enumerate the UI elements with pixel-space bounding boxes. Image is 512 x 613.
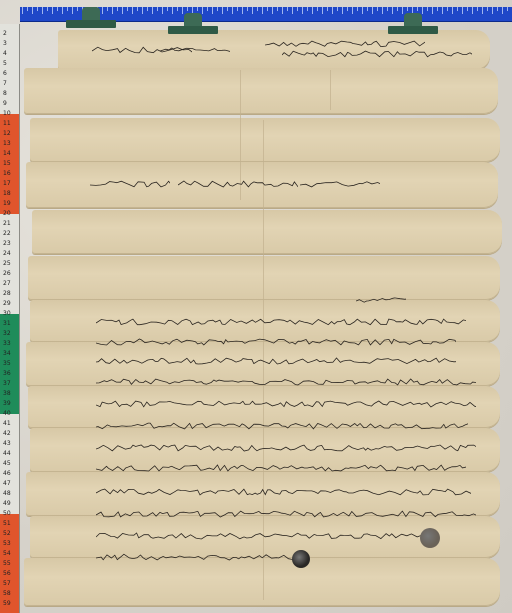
ruler-label: 4 [3,51,7,57]
ruler-label: 19 [3,201,11,207]
ruler-label: 7 [3,81,7,87]
ruler-label: 23 [3,241,11,247]
manuscript-fold-strip [24,68,498,114]
ruler-label: 15 [3,161,11,167]
ruler-label: 35 [3,361,11,367]
ruler-label: 6 [3,71,7,77]
ruler-label: 50 [3,511,11,517]
ruler-label: 45 [3,461,11,467]
ruler-label: 31 [3,321,11,327]
ruler-label: 54 [3,551,11,557]
ruler-label: 11 [3,121,11,127]
ink-seal-stamp [292,550,310,568]
binder-clip-3 [388,12,438,34]
ruler-label: 12 [3,131,11,137]
ruler-label: 58 [3,591,11,597]
ruler-label: 57 [3,581,11,587]
ruler-label: 22 [3,231,11,237]
ruler-label: 13 [3,141,11,147]
manuscript-fold-strip [28,256,500,300]
ruler-label: 16 [3,171,11,177]
handwritten-script-line [96,532,426,540]
ruler-label: 43 [3,441,11,447]
ruler-label: 14 [3,151,11,157]
handwritten-script-line [300,180,380,188]
ruler-label: 26 [3,271,11,277]
ruler-label: 40 [3,411,11,417]
ruler-label: 9 [3,101,7,107]
ruler-label: 42 [3,431,11,437]
ruler-label: 18 [3,191,11,197]
handwritten-script-line [90,180,170,188]
ruler-label: 5 [3,61,7,67]
manuscript-fold-strip [24,558,500,606]
ruler-label: 20 [3,211,11,217]
ruler-label: 2 [3,31,7,37]
ruler-label: 8 [3,91,7,97]
ruler-label: 39 [3,401,11,407]
handwritten-script-line [96,318,466,326]
ruler-label: 25 [3,261,11,267]
ruler-label: 48 [3,491,11,497]
handwritten-script-line [282,50,472,58]
ruler-label: 59 [3,601,11,607]
ruler-label: 41 [3,421,11,427]
ruler-label: 47 [3,481,11,487]
binder-clip-2 [168,12,218,34]
ruler-label: 36 [3,371,11,377]
handwritten-script-line [96,553,296,561]
ruler-label: 49 [3,501,11,507]
handwritten-script-line [96,488,471,496]
handwritten-script-line [96,422,468,430]
handwritten-script-line [96,444,476,452]
handwritten-script-line [96,464,466,472]
handwritten-script-line [96,338,456,346]
ruler-label: 52 [3,531,11,537]
ruler-label: 55 [3,561,11,567]
left-measuring-ruler: 2345678910111213141516171819202122232425… [0,24,20,613]
ruler-label: 46 [3,471,11,477]
handwritten-script-line [96,378,476,386]
ruler-label: 17 [3,181,11,187]
ruler-label: 27 [3,281,11,287]
ruler-label: 21 [3,221,11,227]
manuscript-fold-strip [30,118,500,162]
ruler-label: 33 [3,341,11,347]
handwritten-script-line [96,357,456,365]
handwritten-script-line [265,40,425,48]
ruler-label: 37 [3,381,11,387]
ruler-label: 38 [3,391,11,397]
ruler-label: 10 [3,111,11,117]
vertical-crease [330,70,331,110]
ruler-label: 34 [3,351,11,357]
ruler-label: 51 [3,521,11,527]
ruler-label: 3 [3,41,7,47]
ruler-label: 24 [3,251,11,257]
handwritten-script-line [160,46,230,54]
manuscript-fold-strip [32,210,502,254]
handwritten-script-line [356,296,406,304]
handwritten-script-line [178,180,298,188]
ruler-label: 30 [3,311,11,317]
ink-seal-stamp [420,528,440,548]
ruler-label: 53 [3,541,11,547]
binder-clip-1 [66,6,116,28]
ruler-label: 29 [3,301,11,307]
handwritten-script-line [96,510,476,518]
handwritten-script-line [96,400,476,408]
ruler-label: 32 [3,331,11,337]
ruler-label: 56 [3,571,11,577]
ruler-label: 44 [3,451,11,457]
ruler-label: 28 [3,291,11,297]
